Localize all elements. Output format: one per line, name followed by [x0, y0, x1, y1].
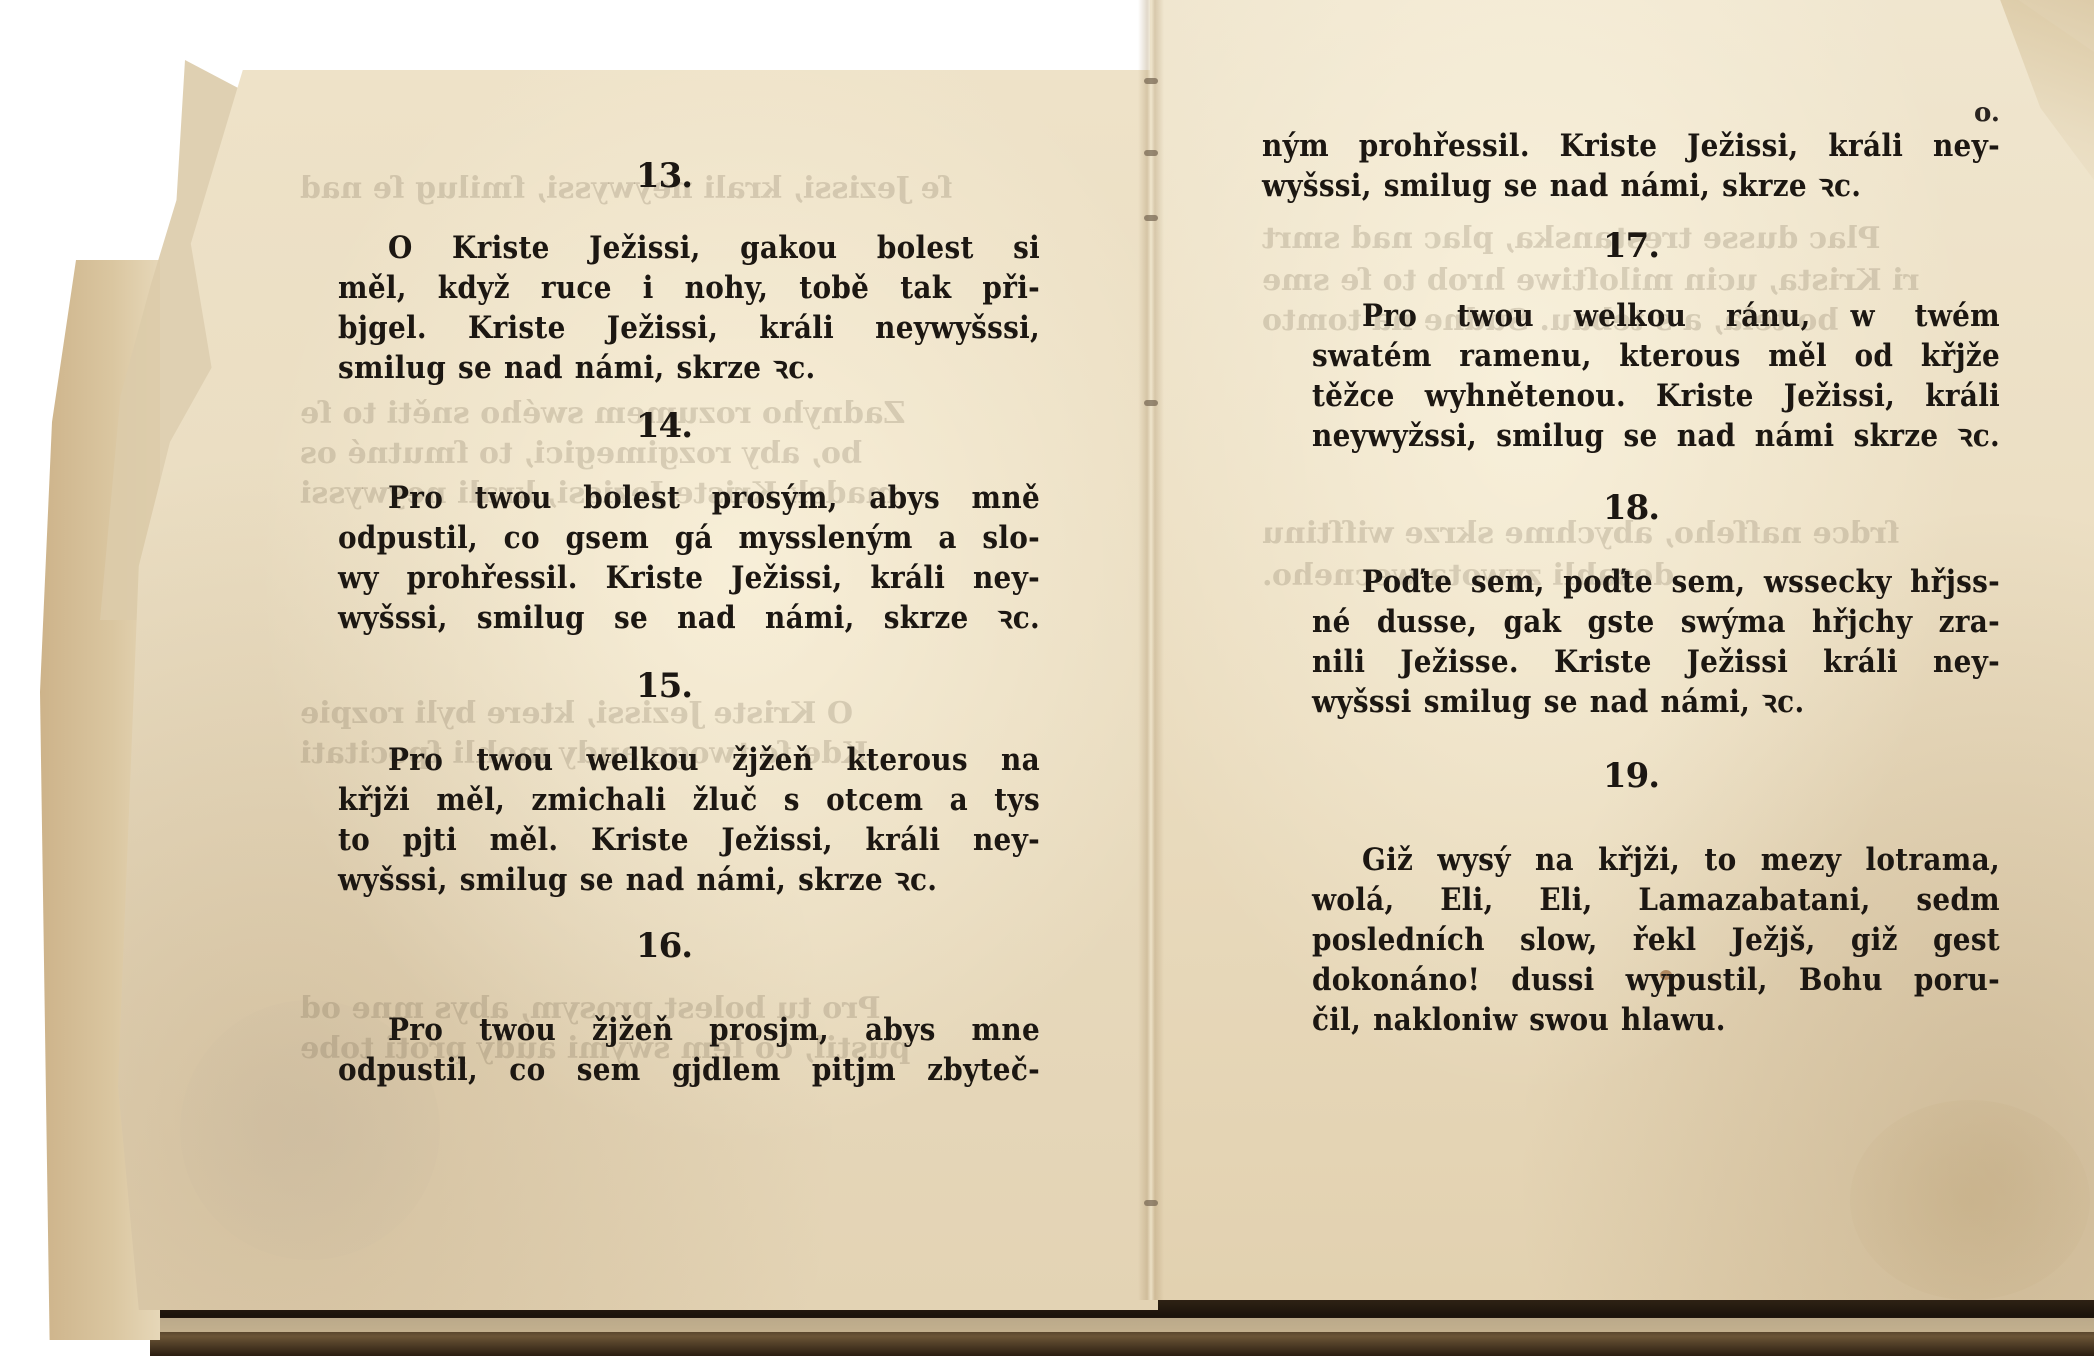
section-number: 16.	[288, 926, 1040, 966]
text-line: wolá, Eli, Eli, Lamazabatani, sedm	[1262, 880, 2000, 920]
section-number: 19.	[1262, 756, 2000, 796]
binding-stitch	[1144, 215, 1158, 221]
section-paragraph: Pro twou žjžeň prosjm, abys mne odpustil…	[288, 1010, 1040, 1090]
prayer-section-15: 15. Pro twou welkou žjžeň kterous na křj…	[288, 666, 1040, 900]
text-line: křjži měl, zmichali žluč s otcem a tys	[288, 780, 1040, 820]
text-line: posledních slow, řekl Ježjš, giž gest	[1262, 920, 2000, 960]
prayer-section-17: 17. Pro twou welkou ránu, w twém swatém …	[1262, 226, 2000, 456]
section-paragraph: Pro twou welkou ránu, w twém swatém rame…	[1262, 296, 2000, 456]
text-line: Pro twou welkou ránu, w twém	[1262, 296, 2000, 336]
text-line: wy prohřessil. Kriste Ježissi, králi ney…	[288, 558, 1040, 598]
text-line: swatém ramenu, kterous měl od křjže	[1262, 336, 2000, 376]
text-line: těžce wyhnětenou. Kriste Ježissi, králi	[1262, 376, 2000, 416]
section-paragraph: Giž wysý na křjži, to mezy lotrama, wolá…	[1262, 840, 2000, 1040]
section-paragraph: Pro twou welkou žjžeň kterous na křjži m…	[288, 740, 1040, 900]
prayer-section-16: 16. Pro twou žjžeň prosjm, abys mne odpu…	[288, 926, 1040, 1090]
text-line: dokonáno! dussi wypustil, Bohu poru-	[1262, 960, 2000, 1000]
section-number: 17.	[1262, 226, 2000, 266]
text-line: měl, když ruce i nohy, tobě tak při-	[288, 268, 1040, 308]
right-page-text: ným prohřessil. Kriste Ježissi, králi ne…	[1262, 126, 2000, 1040]
book-gutter	[1138, 0, 1164, 1300]
text-line: wyšssi, smilug se nad námi, skrze ꝛc.	[1262, 166, 2000, 206]
text-line: nili Ježisse. Kriste Ježissi králi ney-	[1262, 642, 2000, 682]
underlying-page-edges	[160, 1318, 2094, 1332]
prayer-section-18: 18. Poďte sem, poďte sem, wssecky hřjss-…	[1262, 488, 2000, 722]
scanned-book-spread: ſe Jezissi, krali neywyssi, ſmilug ſe na…	[0, 0, 2094, 1356]
left-page-text: 13. O Kriste Ježissi, gakou bolest si mě…	[288, 156, 1040, 1090]
prayer-section-13: 13. O Kriste Ježissi, gakou bolest si mě…	[288, 156, 1040, 388]
binding-stitch	[1144, 1200, 1158, 1206]
text-line: neywyžssi, smilug se nad námi skrze ꝛc.	[1262, 416, 2000, 456]
text-line: bjgel. Kriste Ježissi, králi neywyšssi,	[288, 308, 1040, 348]
section-number: 18.	[1262, 488, 2000, 528]
text-line: odpustil, co sem gjdlem pitjm zbyteč-	[288, 1050, 1040, 1090]
section-number: 15.	[288, 666, 1040, 706]
text-line: Poďte sem, poďte sem, wssecky hřjss-	[1262, 562, 2000, 602]
text-line: ným prohřessil. Kriste Ježissi, králi ne…	[1262, 126, 2000, 166]
text-line: čil, nakloniw swou hlawu.	[1262, 1000, 2000, 1040]
text-line: smilug se nad námi, skrze ꝛc.	[288, 348, 1040, 388]
prayer-section-14: 14. Pro twou bolest prosým, abys mně odp…	[288, 406, 1040, 638]
binding-stitch	[1144, 78, 1158, 84]
text-line: wyšssi, smilug se nad námi, skrze ꝛc.	[288, 860, 1040, 900]
binding-stitch	[1144, 400, 1158, 406]
text-line: odpustil, co gsem gá myssleným a slo-	[288, 518, 1040, 558]
section-number: 13.	[288, 156, 1040, 196]
text-line: né dusse, gak gste swýma hřjchy zra-	[1262, 602, 2000, 642]
text-line: Giž wysý na křjži, to mezy lotrama,	[1262, 840, 2000, 880]
text-line: O Kriste Ježissi, gakou bolest si	[288, 228, 1040, 268]
text-line: wyšssi, smilug se nad námi, skrze ꝛc.	[288, 598, 1040, 638]
continued-paragraph: ným prohřessil. Kriste Ježissi, králi ne…	[1262, 126, 2000, 206]
section-paragraph: Pro twou bolest prosým, abys mně odpusti…	[288, 478, 1040, 638]
section-paragraph: O Kriste Ježissi, gakou bolest si měl, k…	[288, 228, 1040, 388]
text-line: Pro twou žjžeň prosjm, abys mne	[288, 1010, 1040, 1050]
text-line: Pro twou bolest prosým, abys mně	[288, 478, 1040, 518]
text-line: wyšssi smilug se nad námi, ꝛc.	[1262, 682, 2000, 722]
section-number: 14.	[288, 406, 1040, 446]
prayer-section-19: 19. Giž wysý na křjži, to mezy lotrama, …	[1262, 756, 2000, 1040]
text-line: Pro twou welkou žjžeň kterous na	[288, 740, 1040, 780]
section-paragraph: Poďte sem, poďte sem, wssecky hřjss- né …	[1262, 562, 2000, 722]
page-signature-mark: o.	[1974, 98, 2000, 128]
binding-stitch	[1144, 150, 1158, 156]
text-line: to pjti měl. Kriste Ježissi, králi ney-	[288, 820, 1040, 860]
